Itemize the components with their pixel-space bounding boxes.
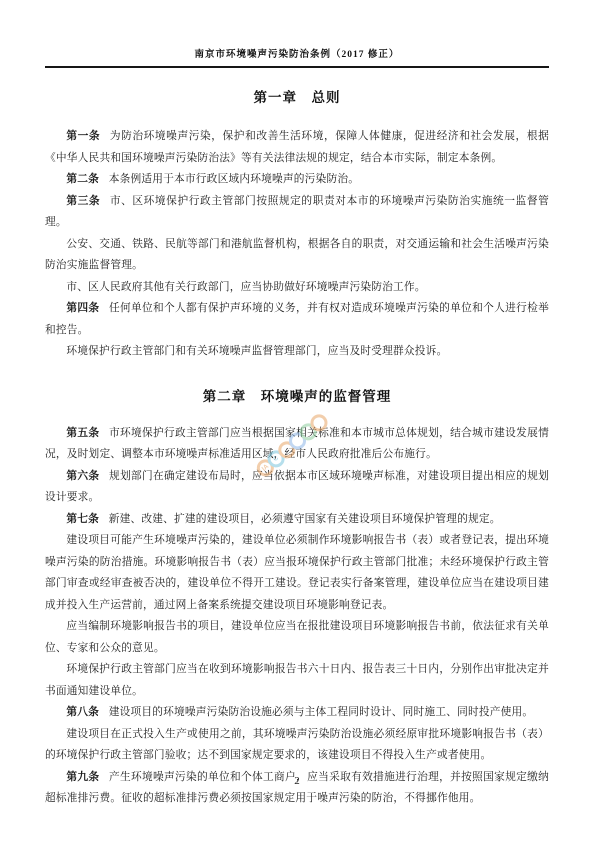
article-text: 市、区环境保护行政主管部门按照规定的职责对本市的环境噪声污染防治实施统一监督管理… (45, 195, 549, 229)
article-paragraph: 环境保护行政主管部门应当在收到环境影响报告书六十日内、报告表三十日内，分别作出审… (45, 659, 549, 702)
article-text: 任何单位和个人都有保护声环境的义务，并有权对造成环境噪声污染的单位和个人进行检举… (45, 302, 549, 336)
article-text: 规划部门在确定建设布局时，应当依据本市区域环境噪声标准，对建设项目提出相应的规划… (45, 470, 549, 504)
article-number: 第一条 (66, 130, 100, 142)
article-paragraph: 应当编制环境影响报告书的项目，建设单位应当在报批建设项目环境影响报告书前，依法征… (45, 616, 549, 659)
article-text: 建设项目可能产生环境噪声污染的，建设单位必须制作环境影响报告书（表）或者登记表，… (45, 534, 549, 611)
article-number: 第三条 (66, 195, 100, 207)
article-paragraph: 市、区人民政府其他有关行政部门，应当协助做好环境噪声污染防治工作。 (45, 277, 549, 299)
article-paragraph: 公安、交通、铁路、民航等部门和港航监督机构，根据各自的职责，对交通运输和社会生活… (45, 234, 549, 277)
document-header-title: 南京市环境噪声污染防治条例（2017 修正） (45, 0, 549, 60)
article-text: 市环境保护行政主管部门应当根据国家相关标准和本市城市总体规划，结合城市建设发展情… (45, 427, 549, 461)
chapter-1-title: 第一章 总则 (45, 86, 549, 106)
article-paragraph: 环境保护行政主管部门和有关环境噪声监督管理部门，应当及时受理群众投诉。 (45, 341, 549, 363)
article-number: 第八条 (66, 706, 99, 718)
article-number: 第五条 (66, 427, 99, 439)
article-text: 应当编制环境影响报告书的项目，建设单位应当在报批建设项目环境影响报告书前，依法征… (45, 620, 549, 654)
article-number: 第六条 (66, 470, 99, 482)
header-divider (45, 66, 549, 68)
article-text: 环境保护行政主管部门应当在收到环境影响报告书六十日内、报告表三十日内，分别作出审… (45, 663, 549, 697)
article-paragraph: 第一条为防治环境噪声污染，保护和改善生活环境，保障人体健康，促进经济和社会发展，… (45, 126, 549, 169)
article-number: 第二条 (66, 173, 99, 185)
article-paragraph: 第四条任何单位和个人都有保护声环境的义务，并有权对造成环境噪声污染的单位和个人进… (45, 298, 549, 341)
article-number: 第七条 (66, 513, 99, 525)
article-paragraph: 第六条规划部门在确定建设布局时，应当依据本市区域环境噪声标准，对建设项目提出相应… (45, 466, 549, 509)
article-text: 本条例适用于本市行政区域内环境噪声的污染防治。 (109, 173, 359, 185)
article-text: 公安、交通、铁路、民航等部门和港航监督机构，根据各自的职责，对交通运输和社会生活… (45, 238, 549, 272)
article-paragraph: 第二条本条例适用于本市行政区域内环境噪声的污染防治。 (45, 169, 549, 191)
article-paragraph: 第五条市环境保护行政主管部门应当根据国家相关标准和本市城市总体规划，结合城市建设… (45, 423, 549, 466)
article-paragraph: 第八条建设项目的环境噪声污染防治设施必须与主体工程同时设计、同时施工、同时投产使… (45, 702, 549, 724)
article-text: 新建、改建、扩建的建设项目，必须遵守国家有关建设项目环境保护管理的规定。 (109, 513, 501, 525)
article-text: 为防治环境噪声污染，保护和改善生活环境，保障人体健康，促进经济和社会发展，根据《… (45, 130, 549, 164)
article-paragraph: 建设项目在正式投入生产或使用之前，其环境噪声污染防治设施必须经原审批环境影响报告… (45, 724, 549, 767)
page-number: 2 (0, 775, 594, 787)
article-text: 环境保护行政主管部门和有关环境噪声监督管理部门，应当及时受理群众投诉。 (66, 345, 447, 357)
article-text: 建设项目的环境噪声污染防治设施必须与主体工程同时设计、同时施工、同时投产使用。 (109, 706, 534, 718)
article-text: 建设项目在正式投入生产或使用之前，其环境噪声污染防治设施必须经原审批环境影响报告… (45, 728, 549, 762)
article-text: 市、区人民政府其他有关行政部门，应当协助做好环境噪声污染防治工作。 (66, 281, 425, 293)
chapter-2-title: 第二章 环境噪声的监督管理 (45, 385, 549, 405)
article-paragraph: 第九条产生环境噪声污染的单位和个体工商户，应当采取有效措施进行治理，并按照国家规… (45, 767, 549, 810)
document-page: 南京市环境噪声污染防治条例（2017 修正） 第一章 总则 第一条为防治环境噪声… (0, 0, 594, 842)
article-paragraph: 第七条新建、改建、扩建的建设项目，必须遵守国家有关建设项目环境保护管理的规定。 (45, 509, 549, 531)
article-number: 第四条 (66, 302, 99, 314)
article-paragraph: 建设项目可能产生环境噪声污染的，建设单位必须制作环境影响报告书（表）或者登记表，… (45, 530, 549, 616)
article-paragraph: 第三条市、区环境保护行政主管部门按照规定的职责对本市的环境噪声污染防治实施统一监… (45, 191, 549, 234)
